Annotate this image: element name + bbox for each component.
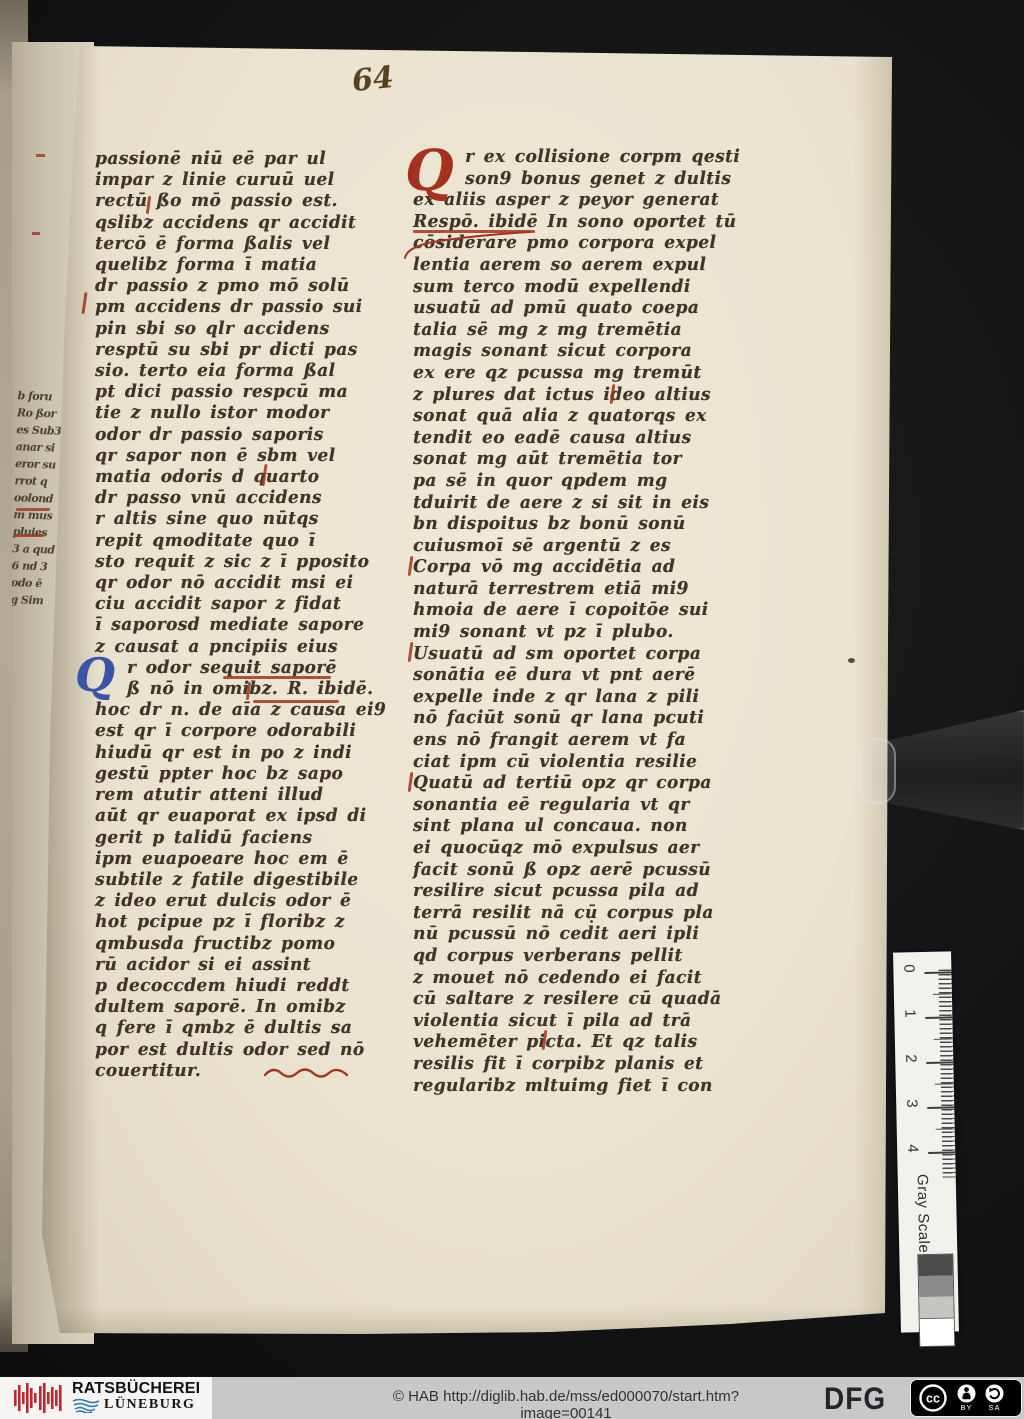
manuscript-line: sint plana ul concaua. non xyxy=(413,815,757,838)
manuscript-line: gerit p talidū faciens xyxy=(95,827,397,849)
manuscript-line: sonat mg aūt tremētia tor xyxy=(413,448,757,471)
facing-page-text-line: anar si xyxy=(15,438,62,457)
manuscript-line: p decoccdem hiudi reddt xyxy=(95,975,397,997)
manuscript-line: naturā terrestrem etiā mi9 xyxy=(413,578,757,601)
manuscript-line: sonātia eē dura vt pnt aerē xyxy=(413,664,757,687)
rubric-mark xyxy=(32,232,40,235)
gray-patch-step xyxy=(920,1317,955,1346)
manuscript-line: passionē niū eē par ul xyxy=(95,148,397,170)
rubric-underline xyxy=(14,534,44,537)
manuscript-line: sio. terto eia forma ßal xyxy=(95,360,397,382)
manuscript-line: qr sapor non ē sbm vel xyxy=(95,445,397,467)
manuscript-line: regularibz mltuimg fiet ī con xyxy=(413,1075,757,1098)
manuscript-line: resilire sicut pcussa pila ad xyxy=(413,880,757,903)
manuscript-line: aūt qr euaporat ex ipsd di xyxy=(95,805,397,827)
svg-text:cc: cc xyxy=(926,1392,940,1406)
manuscript-line: ens nō frangit aerem vt fa xyxy=(413,729,757,752)
manuscript-line: gestū ppter hoc bz sapo xyxy=(95,763,397,785)
cc-sa-label: SA xyxy=(988,1404,1000,1412)
manuscript-line: rectū ßo mō passio est. xyxy=(95,190,397,212)
manuscript-line: r altis sine quo nūtqs xyxy=(95,508,397,530)
manuscript-line: ī saporosd mediate sapore xyxy=(95,614,397,636)
manuscript-line: pt dici passio respcū ma xyxy=(95,381,397,403)
manuscript-line: talia sē mg z mg tremētia xyxy=(413,319,757,342)
gray-scale-ruler: 01234 Gray Scale xyxy=(893,951,959,1332)
rubric-underline xyxy=(16,508,50,511)
gray-scale-label: Gray Scale xyxy=(914,1174,933,1254)
cc-icon: cc xyxy=(918,1383,948,1413)
manuscript-line: matia odoris d quarto xyxy=(95,466,397,488)
manuscript-line: terrā resilit nā cū corpus pla xyxy=(413,902,757,925)
red-initial: Q xyxy=(405,138,454,204)
page-bottom-shade xyxy=(30,1306,900,1340)
ruler-number: 2 xyxy=(902,1054,919,1063)
facing-page-text-line: rrot q xyxy=(14,472,61,491)
manuscript-line: r ex collisione corpm qesti xyxy=(413,146,757,169)
manuscript-line: usuatū ad pmū quato coepa xyxy=(413,297,757,320)
gray-patch-step xyxy=(919,1275,953,1297)
facing-page-text-line: Ro ßor xyxy=(17,404,64,423)
ruler-number: 4 xyxy=(904,1144,921,1153)
facing-page-text-line: g Sim xyxy=(12,591,57,610)
manuscript-line: ciat ipm cū violentia resilie xyxy=(413,751,757,774)
facing-page-text-line: b foru xyxy=(17,387,64,406)
manuscript-line: sonantia eē regularia vt qr xyxy=(413,794,757,817)
manuscript-line: por est dultis odor sed nō xyxy=(95,1039,397,1061)
library-name: RATSBÜCHEREI xyxy=(72,1381,200,1397)
manuscript-line: subtile z fatile digestibile xyxy=(95,869,397,891)
manuscript-line: expelle inde z qr lana z pili xyxy=(413,686,757,709)
manuscript-line: sonat quā alia z quatorqs ex xyxy=(413,405,757,428)
manuscript-photo: b foruRo ßores Sub3anar sieror surrot qo… xyxy=(0,0,1024,1377)
manuscript-line: ciu accidit sapor z fidat xyxy=(95,593,397,615)
rubric-flourish xyxy=(403,230,533,260)
manuscript-line: pin sbi so qlr accidens xyxy=(95,318,397,340)
ruler-mm-ticks xyxy=(938,969,955,1177)
manuscript-line: tduirit de aere z si sit in eis xyxy=(413,492,757,515)
manuscript-line: facit sonū ß opz aerē pcussū xyxy=(413,859,757,882)
manuscript-line: bn dispoitus bz bonū sonū xyxy=(413,513,757,536)
page-right-shade xyxy=(854,40,900,1340)
manuscript-line: hoc dr n. de aīa z causa ei9 xyxy=(95,699,397,721)
manuscript-line: resptū su sbi pr dicti pas xyxy=(95,339,397,361)
cc-by-label: BY xyxy=(960,1404,972,1412)
manuscript-line: Usuatū ad sm oportet corpa xyxy=(413,643,757,666)
manuscript-line: sto requit z sic z ī pposito xyxy=(95,551,397,573)
manuscript-line: rem atutir atteni illud xyxy=(95,784,397,806)
manuscript-line: dr passio z pmo mō solū xyxy=(95,275,397,297)
manuscript-line: z ideo erut dulcis odor ē xyxy=(95,890,397,912)
gray-patch-step xyxy=(918,1254,952,1276)
manuscript-line: hot pcipue pz ī floribz z xyxy=(95,911,397,933)
manuscript-line: mi9 sonant vt pz ī plubo. xyxy=(413,621,757,644)
facing-page-text-line: 3 a qud xyxy=(12,540,59,559)
cc-sa-icon xyxy=(985,1384,1004,1403)
manuscript-line: q fere ī qmbz ē dultis sa xyxy=(95,1017,397,1039)
manuscript-line: dr passo vnū accidens xyxy=(95,487,397,509)
gray-scale-patch xyxy=(917,1253,955,1347)
manuscript-line: qd corpus verberans pellit xyxy=(413,945,757,968)
ratsbuecherei-bars-icon xyxy=(14,1381,66,1415)
manuscript-line: pm accidens dr passio sui xyxy=(95,296,397,318)
manuscript-line: cuiusmoī sē argentū z es xyxy=(413,535,757,558)
manuscript-line: resilis fit ī corpibz planis et xyxy=(413,1053,757,1076)
manuscript-line: est qr ī corpore odorabili xyxy=(95,720,397,742)
manuscript-line: tercō ē forma ßalis vel xyxy=(95,233,397,255)
rubric-underline xyxy=(253,700,339,703)
manuscript-line: magis sonant sicut corpora xyxy=(413,340,757,363)
luneburg-wave-icon xyxy=(72,1398,100,1413)
facing-page-text-line: 6 nd 3 xyxy=(12,557,58,576)
manuscript-line: qr odor nō accidit msi ei xyxy=(95,572,397,594)
manuscript-line: z plures dat ictus ideo altius xyxy=(413,384,757,407)
facing-page-text-line: odo ē xyxy=(12,574,57,593)
manuscript-line: ipm euapoeare hoc em ē xyxy=(95,848,397,870)
manuscript-line: sum terco modū expellendi xyxy=(413,276,757,299)
ruler-number: 1 xyxy=(901,1009,918,1018)
ruler-number: 3 xyxy=(903,1099,920,1108)
line-filler-squiggle xyxy=(263,1066,349,1080)
dfg-logo: DFG xyxy=(824,1381,886,1417)
library-logo-panel: RATSBÜCHEREI LÜNEBURG xyxy=(0,1377,212,1419)
manuscript-line: tendit eo eadē causa altius xyxy=(413,427,757,450)
cc-by-item: BY xyxy=(957,1384,976,1412)
manuscript-line: cū saltare z resilere cū quadā xyxy=(413,988,757,1011)
copyright-url: © HAB http://diglib.hab.de/mss/ed000070/… xyxy=(348,1388,784,1419)
manuscript-line: rū acidor si ei assint xyxy=(95,954,397,976)
manuscript-line: odor dr passio saporis xyxy=(95,424,397,446)
manuscript-line: quelibz forma ī matia xyxy=(95,254,397,276)
blue-initial: Q xyxy=(75,648,115,702)
manuscript-line: impar z linie curuū uel xyxy=(95,169,397,191)
cc-license-badge: cc BY SA xyxy=(910,1379,1022,1417)
footer-bar: RATSBÜCHEREI LÜNEBURG © HAB http://digli… xyxy=(0,1377,1024,1419)
manuscript-line: z mouet nō cedendo ei facit xyxy=(413,967,757,990)
folio-number: 64 xyxy=(350,60,395,99)
manuscript-line: violentia sicut ī pila ad trā xyxy=(413,1010,757,1033)
ink-speck xyxy=(848,658,855,663)
rubric-mark xyxy=(36,154,45,157)
manuscript-line: nō faciūt sonū qr lana pcuti xyxy=(413,707,757,730)
manuscript-page: 64 passionē niū eē par ulimpar z linie c… xyxy=(30,40,900,1340)
manuscript-line: repit qmoditate quo ī xyxy=(95,530,397,552)
manuscript-line: vehemēter picta. Et qz talis xyxy=(413,1031,757,1054)
manuscript-line: dultem saporē. In omibz xyxy=(95,996,397,1018)
manuscript-line: ex aliis asper z peyor generat xyxy=(413,189,757,212)
manuscript-line: Corpa vō mg accidētia ad xyxy=(413,556,757,579)
manuscript-line: z causat a pncipiis eius xyxy=(95,636,397,658)
manuscript-line: tie z nullo istor modor xyxy=(95,402,397,424)
rubric-underline xyxy=(223,676,331,679)
manuscript-line: Quatū ad tertiū opz qr corpa xyxy=(413,772,757,795)
gray-patch-step xyxy=(919,1296,953,1318)
text-column-left: passionē niū eē par ulimpar z linie curu… xyxy=(95,148,397,1081)
facing-page-text-line: pluies xyxy=(13,523,60,542)
facing-page-text-line: oolond xyxy=(14,489,61,508)
manuscript-line: son9 bonus genet z dultis xyxy=(413,168,757,191)
page-holder-tip xyxy=(858,738,896,804)
facing-page-text-line: eror su xyxy=(15,455,62,474)
screenshot-root: b foruRo ßores Sub3anar sieror surrot qo… xyxy=(0,0,1024,1419)
ruler-number: 0 xyxy=(900,964,917,973)
facing-page-text-line: es Sub3 xyxy=(16,421,63,440)
manuscript-line: pa sē in quor qpdem mg xyxy=(413,470,757,493)
manuscript-line: ex ere qz pcussa mg tremūt xyxy=(413,362,757,385)
ink-speck xyxy=(590,920,593,923)
manuscript-line: qmbusda fructibz pomo xyxy=(95,933,397,955)
manuscript-line: nū pcussū nō cedit aeri ipli xyxy=(413,923,757,946)
manuscript-line: ei quocūqz mō expulsus aer xyxy=(413,837,757,860)
cc-by-icon xyxy=(957,1384,976,1403)
manuscript-line: couertitur. xyxy=(95,1060,397,1082)
library-city: LÜNEBURG xyxy=(104,1397,195,1413)
manuscript-line: qslibz accidens qr accidit xyxy=(95,212,397,234)
manuscript-line: hiudū qr est in po z indi xyxy=(95,742,397,764)
cc-sa-item: SA xyxy=(985,1384,1004,1412)
text-column-right: r ex collisione corpm qestison9 bonus ge… xyxy=(413,146,757,1096)
manuscript-line: hmoia de aere ī copoitōe sui xyxy=(413,599,757,622)
